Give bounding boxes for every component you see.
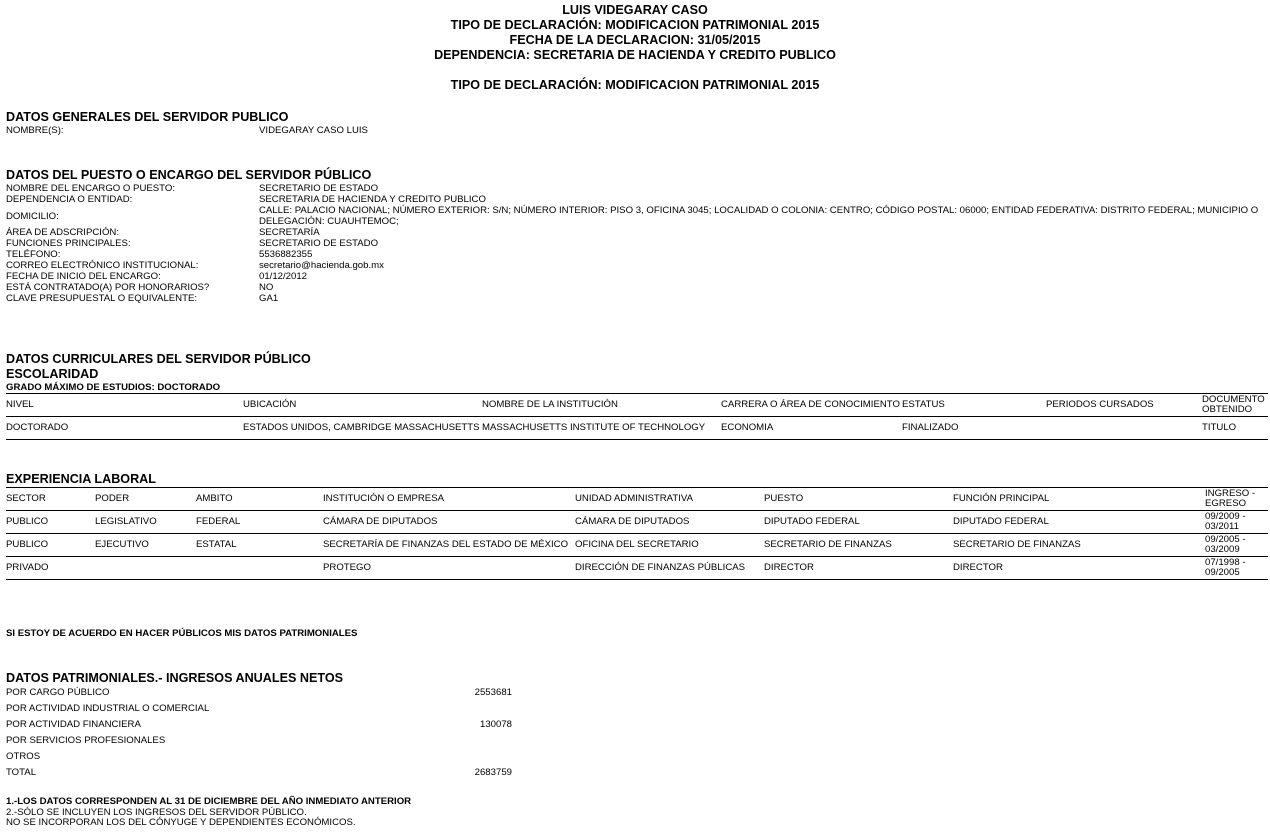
income-row: POR ACTIVIDAD INDUSTRIAL O COMERCIAL (6, 701, 512, 717)
table-cell: CÁMARA DE DIPUTADOS (323, 511, 575, 534)
table-cell: TITULO (1202, 417, 1268, 440)
footnotes: 1.-LOS DATOS CORRESPONDEN AL 31 DE DICIE… (6, 797, 411, 829)
table-row: PRIVADO PROTEGO DIRECCIÓN DE FINANZAS PÚ… (6, 557, 1268, 580)
column-header: CARRERA O ÁREA DE CONOCIMIENTO (721, 394, 902, 417)
field-label: DOMICILIO: (6, 205, 259, 227)
field-value: SECRETARIA DE HACIENDA Y CREDITO PUBLICO (259, 194, 1268, 205)
experience-section-title: EXPERIENCIA LABORAL (6, 472, 156, 486)
income-value: 2683759 (475, 765, 512, 781)
field-row: DEPENDENCIA O ENTIDAD: SECRETARIA DE HAC… (6, 194, 1268, 205)
income-label: TOTAL (6, 765, 36, 781)
education-table: NIVEL UBICACIÓN NOMBRE DE LA INSTITUCIÓN… (6, 393, 1268, 440)
general-section-title: DATOS GENERALES DEL SERVIDOR PUBLICO (6, 110, 288, 124)
column-header: PERIODOS CURSADOS (1046, 394, 1202, 417)
table-cell: PUBLICO (6, 534, 95, 557)
table-cell: 07/1998 - 09/2005 (1205, 557, 1268, 580)
document-header: LUIS VIDEGARAY CASO TIPO DE DECLARACIÓN:… (0, 3, 1270, 93)
column-header: SECTOR (6, 488, 95, 511)
declaration-date: FECHA DE LA DECLARACION: 31/05/2015 (0, 33, 1270, 48)
field-value: NO (259, 282, 1268, 293)
footnote-1: 1.-LOS DATOS CORRESPONDEN AL 31 DE DICIE… (6, 797, 411, 808)
table-cell: ESTADOS UNIDOS, CAMBRIDGE MASSACHUSETTS (243, 417, 482, 440)
consent-statement: SI ESTOY DE ACUERDO EN HACER PÚBLICOS MI… (6, 628, 357, 639)
table-cell: EJECUTIVO (95, 534, 196, 557)
field-value: VIDEGARAY CASO LUIS (259, 125, 1268, 136)
field-row: NOMBRE(S): VIDEGARAY CASO LUIS (6, 125, 1268, 136)
field-value: GA1 (259, 293, 1268, 304)
table-cell: PUBLICO (6, 511, 95, 534)
field-value: CALLE: PALACIO NACIONAL; NÚMERO EXTERIOR… (259, 205, 1268, 227)
declaration-type: TIPO DE DECLARACIÓN: MODIFICACION PATRIM… (0, 18, 1270, 33)
field-label: NOMBRE DEL ENCARGO O PUESTO: (6, 183, 259, 194)
table-cell: LEGISLATIVO (95, 511, 196, 534)
table-cell: DIRECTOR (953, 557, 1205, 580)
table-cell: SECRETARÍA DE FINANZAS DEL ESTADO DE MÉX… (323, 534, 575, 557)
table-cell: SECRETARIO DE FINANZAS (764, 534, 953, 557)
table-cell (196, 557, 323, 580)
income-label: POR ACTIVIDAD INDUSTRIAL O COMERCIAL (6, 701, 209, 717)
table-cell: OFICINA DEL SECRETARIO (575, 534, 764, 557)
declarant-name: LUIS VIDEGARAY CASO (0, 3, 1270, 18)
income-label: OTROS (6, 749, 40, 765)
column-header: PODER (95, 488, 196, 511)
income-list: POR CARGO PÚBLICO 2553681 POR ACTIVIDAD … (6, 685, 512, 781)
column-header: AMBITO (196, 488, 323, 511)
field-label: CLAVE PRESUPUESTAL O EQUIVALENTE: (6, 293, 259, 304)
field-value: secretario@hacienda.gob.mx (259, 260, 1268, 271)
column-header: INSTITUCIÓN O EMPRESA (323, 488, 575, 511)
table-cell: MASSACHUSETTS INSTITUTE OF TECHNOLOGY (482, 417, 721, 440)
field-label: FUNCIONES PRINCIPALES: (6, 238, 259, 249)
column-header: NOMBRE DE LA INSTITUCIÓN (482, 394, 721, 417)
field-label: CORREO ELECTRÓNICO INSTITUCIONAL: (6, 260, 259, 271)
income-row: OTROS (6, 749, 512, 765)
table-cell: SECRETARIO DE FINANZAS (953, 534, 1205, 557)
table-cell: DIRECCIÓN DE FINANZAS PÚBLICAS (575, 557, 764, 580)
table-cell: CÁMARA DE DIPUTADOS (575, 511, 764, 534)
field-value: 5536882355 (259, 249, 1268, 260)
table-header-row: SECTOR PODER AMBITO INSTITUCIÓN O EMPRES… (6, 488, 1268, 511)
table-row: PUBLICO LEGISLATIVO FEDERAL CÁMARA DE DI… (6, 511, 1268, 534)
table-cell (95, 557, 196, 580)
field-row: CLAVE PRESUPUESTAL O EQUIVALENTE: GA1 (6, 293, 1268, 304)
income-row: POR SERVICIOS PROFESIONALES (6, 733, 512, 749)
column-header: UNIDAD ADMINISTRATIVA (575, 488, 764, 511)
table-cell (1046, 417, 1202, 440)
income-label: POR SERVICIOS PROFESIONALES (6, 733, 165, 749)
field-value: SECRETARÍA (259, 227, 1268, 238)
footnote-3: NO SE INCORPORAN LOS DEL CÓNYUGE Y DEPEN… (6, 818, 411, 829)
table-cell: PROTEGO (323, 557, 575, 580)
column-header: PUESTO (764, 488, 953, 511)
column-header: INGRESO - EGRESO (1205, 488, 1268, 511)
table-cell: DIPUTADO FEDERAL (764, 511, 953, 534)
max-degree: GRADO MÁXIMO DE ESTUDIOS: DOCTORADO (6, 382, 220, 393)
table-cell: PRIVADO (6, 557, 95, 580)
curricular-section-title: DATOS CURRICULARES DEL SERVIDOR PÚBLICO (6, 352, 311, 366)
field-label: TELÉFONO: (6, 249, 259, 260)
column-header: UBICACIÓN (243, 394, 482, 417)
income-row: POR ACTIVIDAD FINANCIERA 130078 (6, 717, 512, 733)
field-row: FECHA DE INICIO DEL ENCARGO: 01/12/2012 (6, 271, 1268, 282)
declaration-type-repeat: TIPO DE DECLARACIÓN: MODIFICACION PATRIM… (0, 78, 1270, 93)
table-cell: FINALIZADO (902, 417, 1046, 440)
table-header-row: NIVEL UBICACIÓN NOMBRE DE LA INSTITUCIÓN… (6, 394, 1268, 417)
field-value: SECRETARIO DE ESTADO (259, 183, 1268, 194)
field-value: 01/12/2012 (259, 271, 1268, 282)
field-label: FECHA DE INICIO DEL ENCARGO: (6, 271, 259, 282)
field-row: TELÉFONO: 5536882355 (6, 249, 1268, 260)
table-cell: ECONOMIA (721, 417, 902, 440)
column-header: FUNCIÓN PRINCIPAL (953, 488, 1205, 511)
income-value: 130078 (480, 717, 512, 733)
income-label: POR ACTIVIDAD FINANCIERA (6, 717, 141, 733)
field-label: ÁREA DE ADSCRIPCIÓN: (6, 227, 259, 238)
field-value: SECRETARIO DE ESTADO (259, 238, 1268, 249)
income-row: POR CARGO PÚBLICO 2553681 (6, 685, 512, 701)
field-row: DOMICILIO: CALLE: PALACIO NACIONAL; NÚME… (6, 205, 1268, 227)
field-label: ESTÁ CONTRATADO(A) POR HONORARIOS? (6, 282, 259, 293)
column-header: ESTATUS (902, 394, 1046, 417)
table-cell: 09/2005 - 03/2009 (1205, 534, 1268, 557)
field-row: NOMBRE DEL ENCARGO O PUESTO: SECRETARIO … (6, 183, 1268, 194)
table-cell: ESTATAL (196, 534, 323, 557)
field-row: CORREO ELECTRÓNICO INSTITUCIONAL: secret… (6, 260, 1268, 271)
table-cell: DIPUTADO FEDERAL (953, 511, 1205, 534)
column-header: NIVEL (6, 394, 243, 417)
field-row: ESTÁ CONTRATADO(A) POR HONORARIOS? NO (6, 282, 1268, 293)
experience-table: SECTOR PODER AMBITO INSTITUCIÓN O EMPRES… (6, 487, 1268, 580)
position-fields: NOMBRE DEL ENCARGO O PUESTO: SECRETARIO … (6, 183, 1268, 304)
field-row: FUNCIONES PRINCIPALES: SECRETARIO DE EST… (6, 238, 1268, 249)
table-row: DOCTORADO ESTADOS UNIDOS, CAMBRIDGE MASS… (6, 417, 1268, 440)
field-row: ÁREA DE ADSCRIPCIÓN: SECRETARÍA (6, 227, 1268, 238)
general-fields: NOMBRE(S): VIDEGARAY CASO LUIS (6, 125, 1268, 136)
position-section-title: DATOS DEL PUESTO O ENCARGO DEL SERVIDOR … (6, 168, 371, 182)
table-cell: 09/2009 - 03/2011 (1205, 511, 1268, 534)
table-row: PUBLICO EJECUTIVO ESTATAL SECRETARÍA DE … (6, 534, 1268, 557)
table-cell: DIRECTOR (764, 557, 953, 580)
table-cell: DOCTORADO (6, 417, 243, 440)
column-header: DOCUMENTO OBTENIDO (1202, 394, 1268, 417)
field-label: NOMBRE(S): (6, 125, 259, 136)
income-row: TOTAL 2683759 (6, 765, 512, 781)
income-section-title: DATOS PATRIMONIALES.- INGRESOS ANUALES N… (6, 671, 343, 685)
agency: DEPENDENCIA: SECRETARIA DE HACIENDA Y CR… (0, 48, 1270, 63)
income-label: POR CARGO PÚBLICO (6, 685, 109, 701)
income-value: 2553681 (475, 685, 512, 701)
field-label: DEPENDENCIA O ENTIDAD: (6, 194, 259, 205)
education-subtitle: ESCOLARIDAD (6, 367, 98, 381)
table-cell: FEDERAL (196, 511, 323, 534)
spacer (0, 63, 1270, 78)
